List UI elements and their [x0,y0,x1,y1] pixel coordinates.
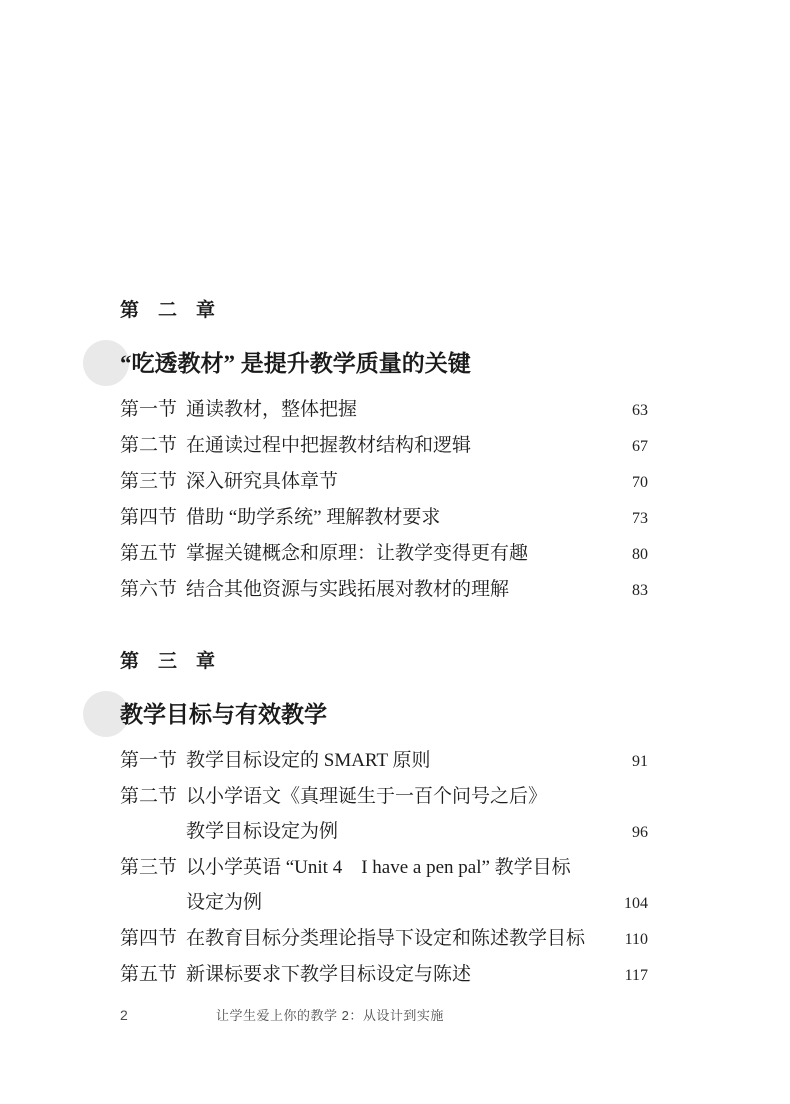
section-title: 深入研究具体章节 [186,464,338,499]
chapter-sections: 第一节 教学目标设定的 SMART 原则 91 第二节 以小学语文《真理诞生于一… [120,743,648,993]
section-page-number: 110 [615,922,648,957]
chapter-sections: 第一节 通读教材，整体把握 63 第二节 在通读过程中把握教材结构和逻辑 67 … [120,392,648,608]
toc-entry-line: 第一节 教学目标设定的 SMART 原则 91 [120,743,648,779]
toc-entry-line: 第五节 掌握关键概念和原理：让教学变得更有趣 80 [120,536,648,572]
toc-entry-line: 第三节 以小学英语 “Unit 4 I have a pen pal” 教学目标 [120,850,648,885]
section-number: 第五节 [120,957,186,992]
toc-entry-line: 教学目标设定为例 96 [120,814,648,850]
section-number: 第三节 [120,464,186,499]
section-title: 掌握关键概念和原理：让教学变得更有趣 [186,536,528,571]
chapter-number: 第 三 章 [120,651,648,673]
toc-entry-line: 第一节 通读教材，整体把握 63 [120,392,648,428]
section-page-number: 104 [614,886,648,921]
toc-entry-line: 第五节 新课标要求下教学目标设定与陈述 117 [120,957,648,993]
section-title: 教学目标设定为例 [186,814,338,849]
section-page-number: 70 [622,465,648,500]
running-book-title: 让学生爱上你的教学 2：从设计到实施 [216,1005,444,1024]
chapter-heading: “吃透教材” 是提升教学质量的关键 [120,349,648,379]
section-title: 以小学英语 “Unit 4 I have a pen pal” 教学目标 [186,850,571,885]
toc-entry-line: 第三节 深入研究具体章节 70 [120,464,648,500]
section-title: 在通读过程中把握教材结构和逻辑 [186,428,471,463]
section-number: 第四节 [120,921,186,956]
section-number: 第二节 [120,779,186,814]
section-number: 第三节 [120,850,186,885]
section-page-number: 83 [622,573,648,608]
section-title: 教学目标设定的 SMART 原则 [186,743,430,778]
toc-entry-line: 第六节 结合其他资源与实践拓展对教材的理解 83 [120,572,648,608]
section-page-number: 117 [615,958,648,993]
section-title: 以小学语文《真理诞生于一百个问号之后》 [186,779,547,814]
section-page-number: 91 [622,744,648,779]
section-number: 第四节 [120,500,186,535]
chapter-number: 第 二 章 [120,300,648,322]
toc-chapter: 第 二 章 “吃透教材” 是提升教学质量的关键 第一节 通读教材，整体把握 63… [120,300,648,608]
section-title: 设定为例 [186,885,262,920]
section-title: 在教育目标分类理论指导下设定和陈述教学目标 [186,921,585,956]
toc-entry-line: 第四节 在教育目标分类理论指导下设定和陈述教学目标 110 [120,921,648,957]
section-number: 第二节 [120,428,186,463]
section-title: 通读教材，整体把握 [186,392,357,427]
section-page-number: 67 [622,429,648,464]
page-footer: 2 让学生爱上你的教学 2：从设计到实施 [120,1005,444,1024]
section-number: 第一节 [120,392,186,427]
toc-entry-line: 第二节 在通读过程中把握教材结构和逻辑 67 [120,428,648,464]
section-number: 第一节 [120,743,186,778]
toc-entry-line: 第四节 借助 “助学系统” 理解教材要求 73 [120,500,648,536]
section-page-number: 80 [622,537,648,572]
book-toc-page: 第 二 章 “吃透教材” 是提升教学质量的关键 第一节 通读教材，整体把握 63… [0,0,790,1104]
section-title: 借助 “助学系统” 理解教材要求 [186,500,440,535]
section-number: 第六节 [120,572,186,607]
section-title: 新课标要求下教学目标设定与陈述 [186,957,471,992]
chapter-heading: 教学目标与有效教学 [120,700,648,730]
section-page-number: 63 [622,393,648,428]
section-page-number: 96 [622,815,648,850]
chapter-title: 教学目标与有效教学 [120,702,327,727]
chapter-title: “吃透教材” 是提升教学质量的关键 [120,351,471,376]
section-page-number: 73 [622,501,648,536]
toc-chapter: 第 三 章 教学目标与有效教学 第一节 教学目标设定的 SMART 原则 91 … [120,651,648,993]
toc-entry-line: 第二节 以小学语文《真理诞生于一百个问号之后》 [120,779,648,814]
folio-page-number: 2 [120,1007,216,1023]
section-number: 第五节 [120,536,186,571]
section-title: 结合其他资源与实践拓展对教材的理解 [186,572,509,607]
toc: 第 二 章 “吃透教材” 是提升教学质量的关键 第一节 通读教材，整体把握 63… [120,0,648,993]
toc-entry-line: 设定为例 104 [120,885,648,921]
